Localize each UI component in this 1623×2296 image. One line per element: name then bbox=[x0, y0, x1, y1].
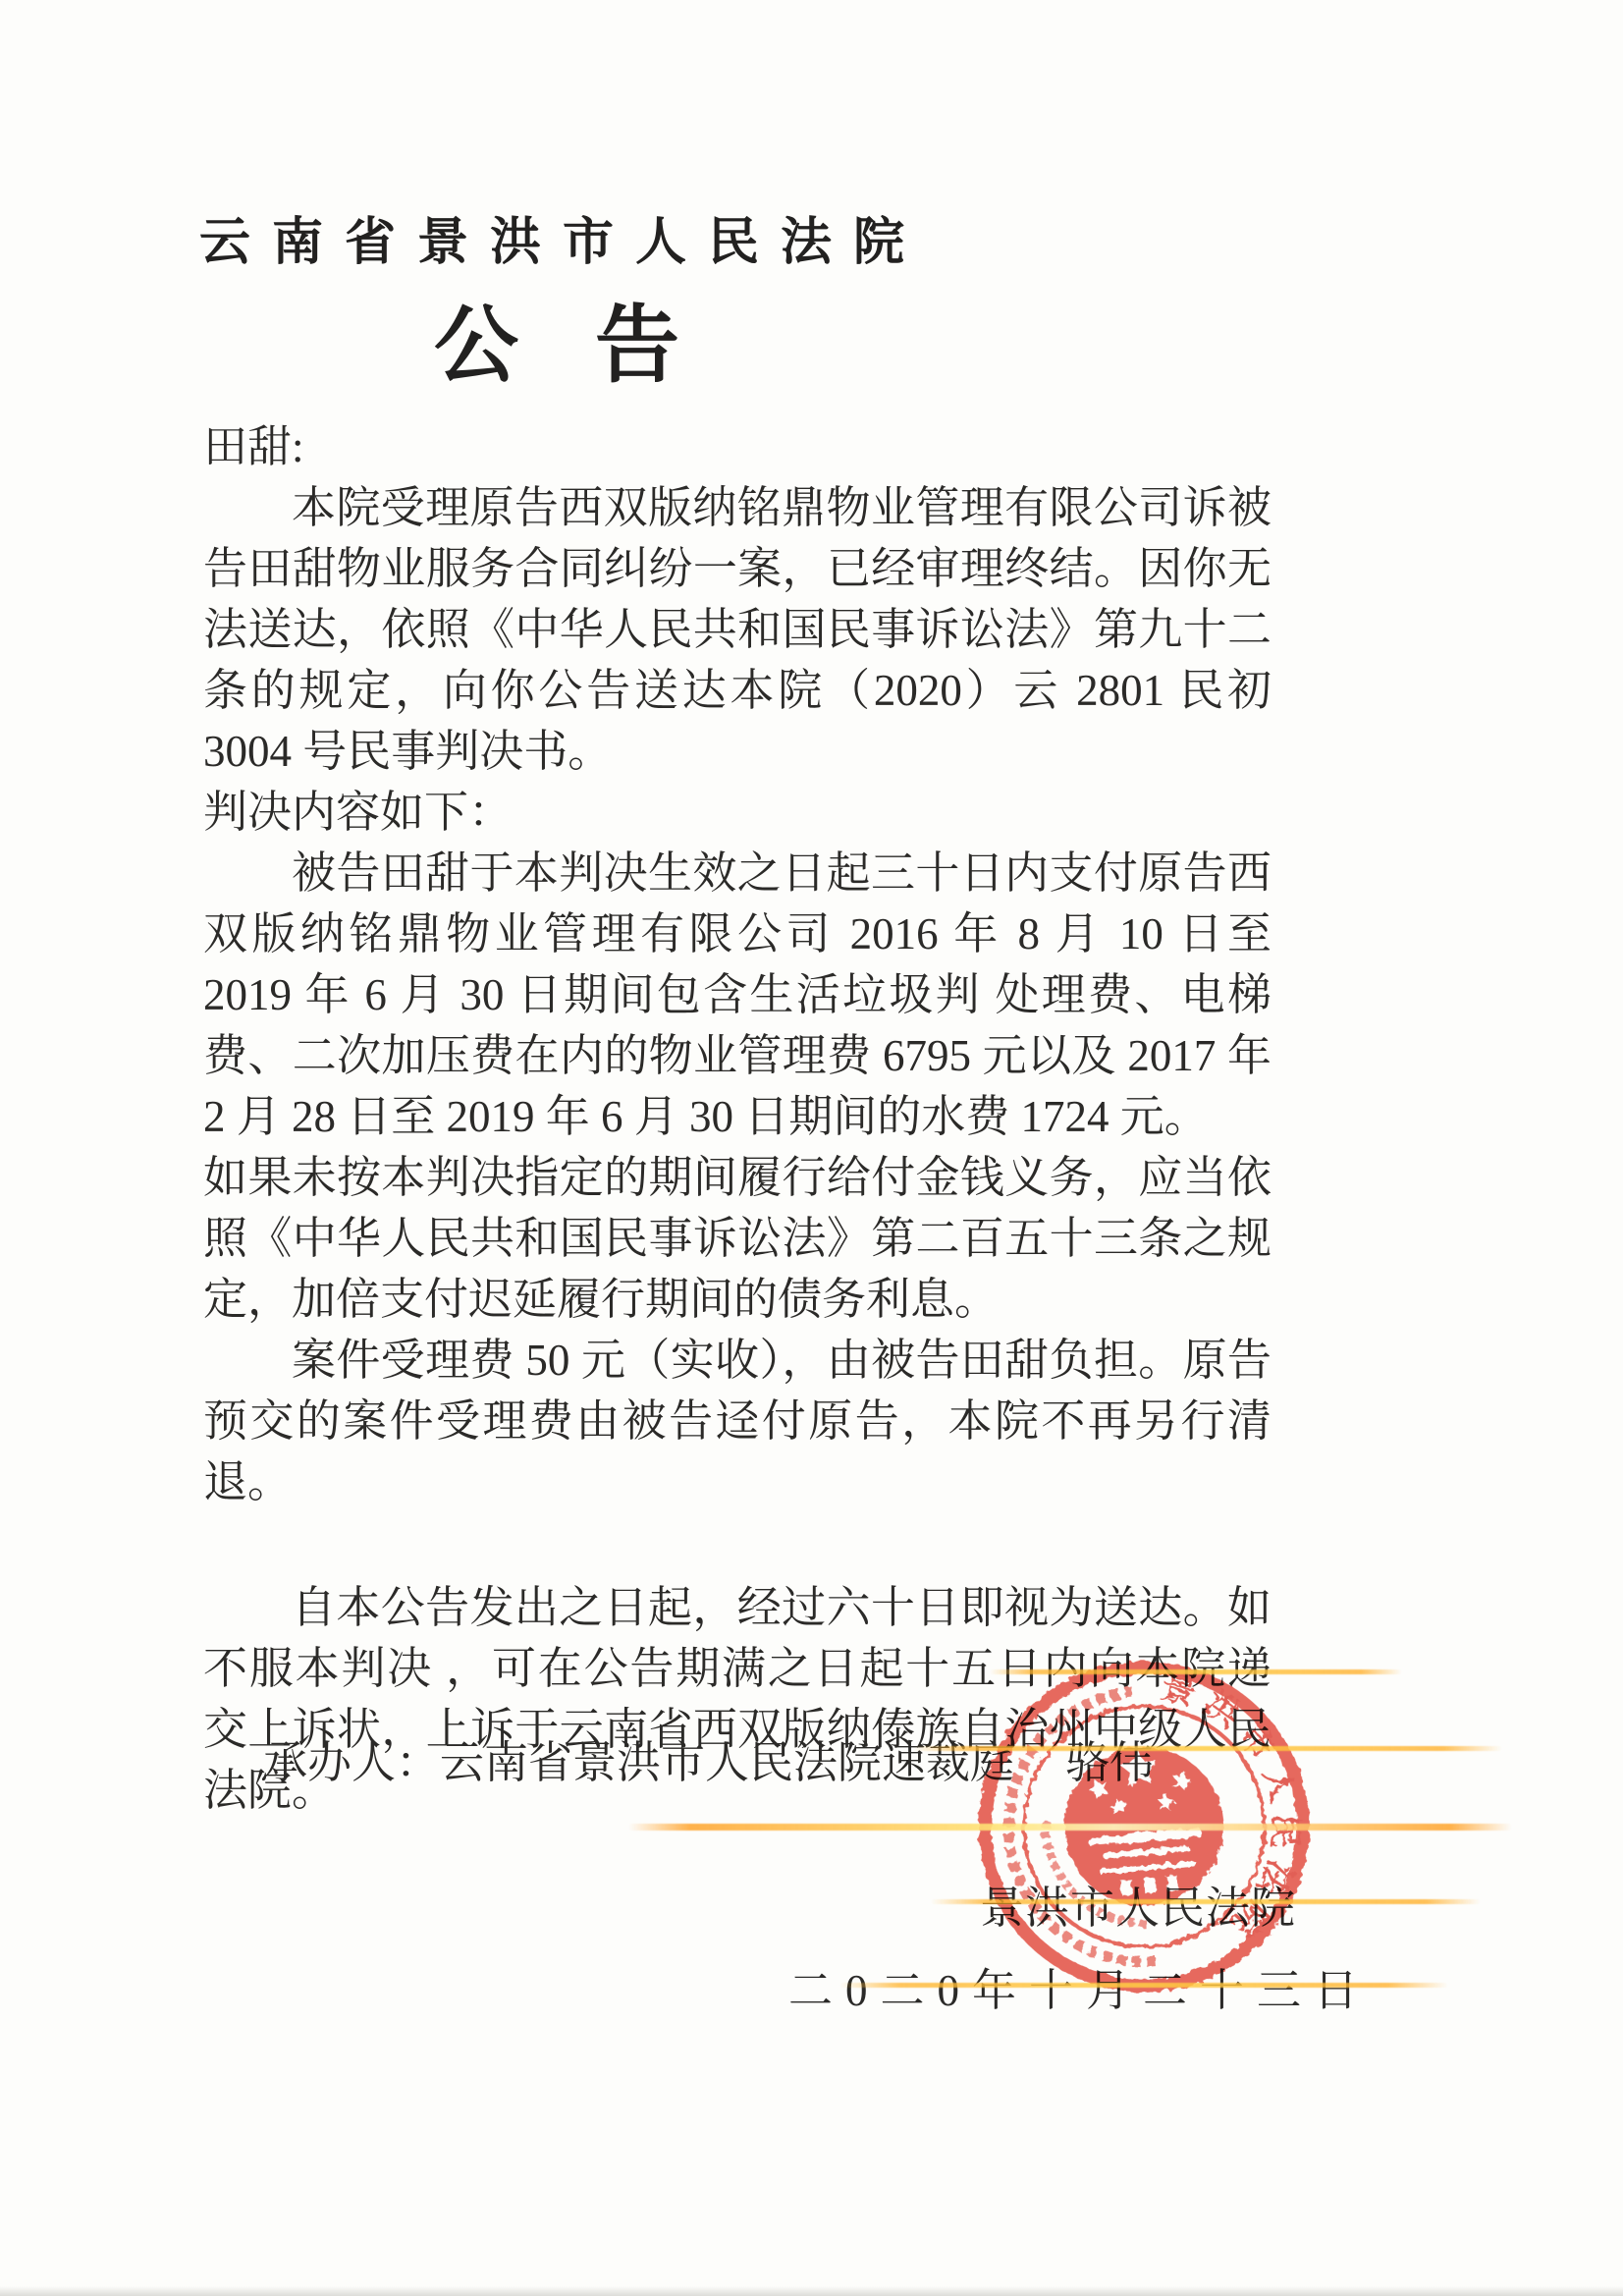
court-title: 云南省景洪市人民法院 bbox=[199, 200, 926, 274]
scan-streak bbox=[839, 1983, 1448, 1988]
paragraph-judgment-body: 被告田甜于本判决生效之日起三十日内支付原告西双版纳铭鼎物业管理有限公司 2016… bbox=[203, 843, 1271, 1147]
handler-label: 承办人： bbox=[263, 1738, 440, 1787]
paragraph-judgment-lead: 判决内容如下： bbox=[203, 782, 1271, 843]
scan-streak bbox=[628, 1824, 1512, 1831]
paragraph-fees: 案件受理费 50 元（实收），由被告田甜负担。原告预交的案件受理费由被告迳付原告… bbox=[203, 1330, 1271, 1512]
announcement-page: 云南省景洪市人民法院 公告 田甜: 本院受理原告西双版纳铭鼎物业管理有限公司诉被… bbox=[0, 0, 1623, 2296]
doc-title-char-1: 公 bbox=[434, 299, 518, 393]
scan-streak bbox=[990, 1669, 1402, 1674]
scan-streak bbox=[913, 1746, 1502, 1751]
paragraph-case-intro: 本院受理原告西双版纳铭鼎物业管理有限公司诉被告田甜物业服务合同纠纷一案，已经审理… bbox=[203, 477, 1271, 782]
doc-title: 公告 bbox=[434, 277, 679, 399]
announcement-body: 田甜: 本院受理原告西双版纳铭鼎物业管理有限公司诉被告田甜物业服务合同纠纷一案，… bbox=[203, 416, 1271, 1821]
recipient-name: 田甜: bbox=[203, 416, 1271, 477]
doc-title-char-2: 告 bbox=[595, 299, 679, 393]
scan-streak bbox=[931, 1899, 1481, 1904]
scan-edge bbox=[0, 2286, 1623, 2296]
paragraph-interest: 如果未按本判决指定的期间履行给付金钱义务，应当依照《中华人民共和国民事诉讼法》第… bbox=[203, 1147, 1271, 1330]
